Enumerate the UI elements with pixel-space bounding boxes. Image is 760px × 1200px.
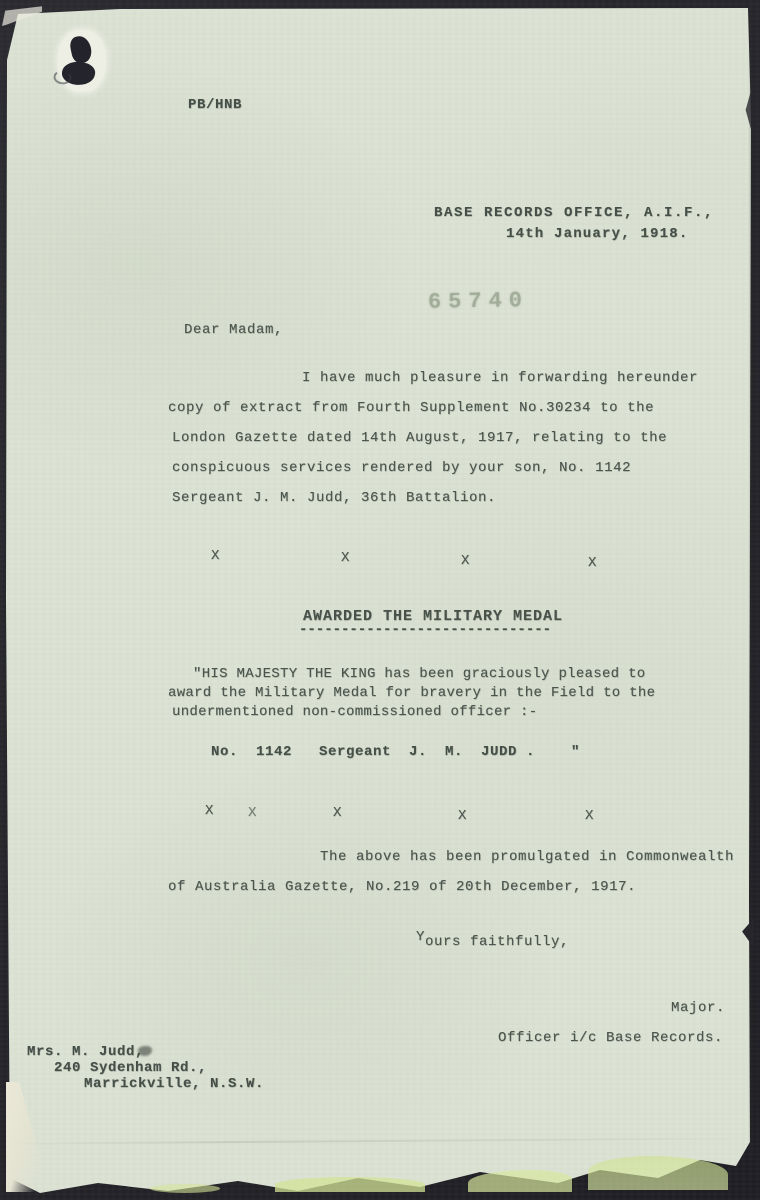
x-mark: X xyxy=(248,805,256,821)
letterhead-office: BASE RECORDS OFFICE, A.I.F., xyxy=(434,205,714,221)
citation-line3: undermentioned non-commissioned officer … xyxy=(172,704,537,720)
paragraph2-line2: of Australia Gazette, No.219 of 20th Dec… xyxy=(168,879,636,895)
recipient-name: Mrs. M. Judd, xyxy=(27,1044,144,1060)
registration-number-stamp: 65740 xyxy=(428,288,529,315)
closing-rest: ours faithfully, xyxy=(425,934,569,950)
x-mark: X xyxy=(341,550,349,566)
award-heading-underline: ------------------------------ xyxy=(299,622,551,638)
letterhead-date: 14th January, 1918. xyxy=(506,226,688,242)
x-mark: X xyxy=(461,553,469,569)
reference-code: PB/HNB xyxy=(188,97,242,113)
x-mark: X xyxy=(211,548,219,564)
paragraph1-line5: Sergeant J. M. Judd, 36th Battalion. xyxy=(172,490,496,506)
bottom-edge-tint xyxy=(150,1184,220,1193)
citation-line1: "HIS MAJESTY THE KING has been graciousl… xyxy=(193,666,645,682)
signature-rank: Major. xyxy=(671,1000,725,1016)
citation-line2: award the Military Medal for bravery in … xyxy=(168,685,655,701)
x-mark: X xyxy=(205,803,213,819)
paper-sheet xyxy=(0,0,760,1200)
right-edge-shadow xyxy=(748,8,754,1158)
closing-phrase: Yours faithfully, xyxy=(416,934,569,950)
scanned-letter-page: { "colors": { "paper": "#dce2d4", "scan_… xyxy=(0,0,760,1200)
x-mark: X xyxy=(333,805,341,821)
salutation: Dear Madam, xyxy=(184,322,283,338)
x-mark: X xyxy=(588,555,596,571)
bottom-edge-tint xyxy=(588,1156,728,1190)
bottom-edge-tint xyxy=(468,1170,572,1192)
paragraph2-line1: The above has been promulgated in Common… xyxy=(320,849,734,865)
award-recipient-line: No. 1142 Sergeant J. M. JUDD . " xyxy=(211,744,580,760)
closing-initial: Y xyxy=(416,929,425,945)
paragraph1-line2: copy of extract from Fourth Supplement N… xyxy=(168,400,654,416)
x-mark: X xyxy=(458,808,466,824)
paragraph1-line3: London Gazette dated 14th August, 1917, … xyxy=(172,430,667,446)
bottom-edge-tint xyxy=(275,1177,425,1192)
paragraph1-line1: I have much pleasure in forwarding hereu… xyxy=(302,370,698,386)
signature-title: Officer i/c Base Records. xyxy=(498,1030,723,1046)
recipient-street: 240 Sydenham Rd., xyxy=(54,1060,207,1076)
recipient-city: Marrickville, N.S.W. xyxy=(84,1076,264,1092)
x-mark: X xyxy=(585,808,593,824)
paragraph1-line4: conspicuous services rendered by your so… xyxy=(172,460,631,476)
